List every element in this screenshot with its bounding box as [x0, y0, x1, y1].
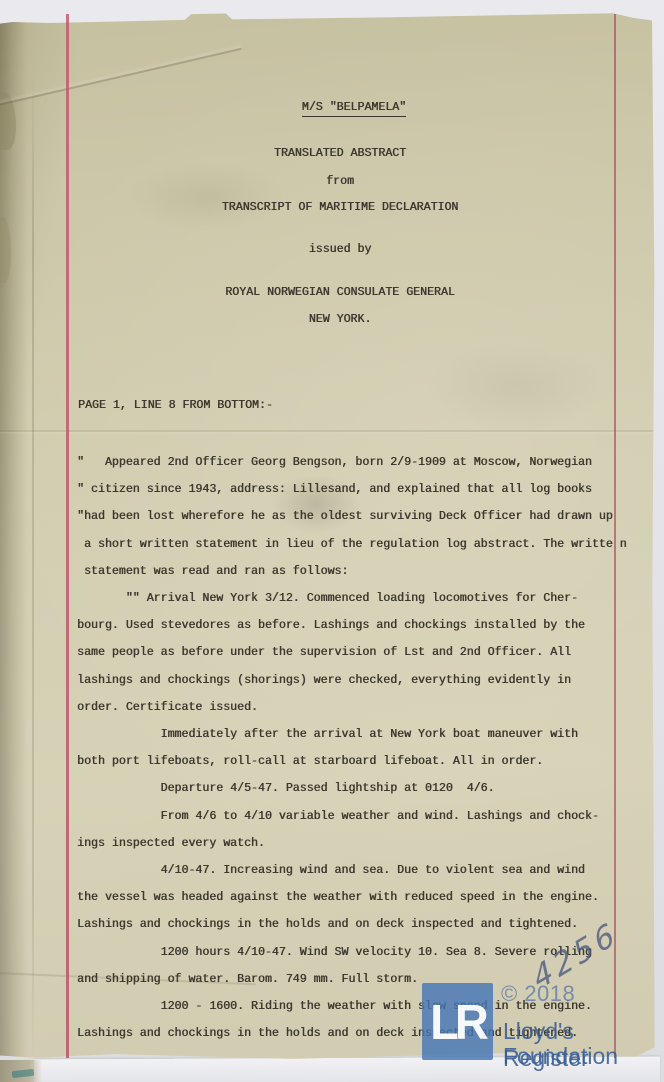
lloyds-register-logo-icon: LR	[422, 983, 493, 1060]
scanned-document-page: M/S "BELPAMELA" TRANSLATED ABSTRACT from…	[0, 0, 664, 1082]
paper-stain	[126, 162, 286, 232]
torn-left-edge	[0, 12, 28, 1062]
header-line-transcript: TRANSCRIPT OF MARITIME DECLARATION	[12, 201, 664, 214]
horizontal-crease	[0, 430, 656, 432]
ship-title: M/S "BELPAMELA"	[12, 88, 664, 127]
watermark-org-suffix: Foundation	[503, 1043, 618, 1070]
section-heading: PAGE 1, LINE 8 FROM BOTTOM:-	[78, 399, 273, 412]
red-margin-line-left	[66, 14, 69, 1058]
header-line-consulate: ROYAL NORWEGIAN CONSULATE GENERAL	[12, 286, 664, 299]
lr-logo-letters: LR	[430, 993, 485, 1051]
header-line-from: from	[12, 175, 664, 188]
ship-title-text: M/S "BELPAMELA"	[302, 101, 406, 117]
header-line-new-york: NEW YORK.	[12, 313, 664, 326]
header-line-issued-by: issued by	[12, 243, 664, 256]
watermark-copyright: © 2018	[501, 981, 575, 1007]
vertical-crease	[32, 72, 34, 1062]
header-line-translated-abstract: TRANSLATED ABSTRACT	[12, 147, 664, 160]
paper-stain	[426, 342, 606, 432]
